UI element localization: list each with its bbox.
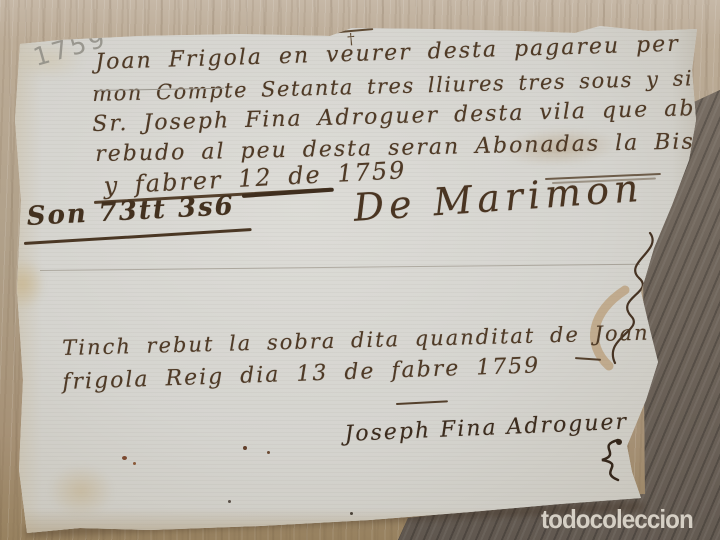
ink-speck bbox=[122, 456, 127, 460]
ink-blot bbox=[616, 439, 622, 445]
ink-speck bbox=[228, 500, 231, 503]
ink-speck bbox=[243, 446, 247, 450]
fold-crease-line bbox=[40, 264, 640, 271]
paper-sheet: 1759 † Joan Frigola en veurer desta paga… bbox=[0, 0, 720, 540]
underline-amount bbox=[24, 228, 252, 245]
receiver-rubric-flourish bbox=[588, 436, 634, 488]
edge-stain bbox=[48, 464, 114, 518]
rubric-squiggle-stroke bbox=[602, 440, 618, 480]
underline-receipt-year bbox=[396, 400, 448, 405]
amount-line: Son 73tt 3s6 bbox=[26, 191, 235, 232]
receipt-line-1: Tinch rebut la sobra dita quanditat de J… bbox=[62, 321, 650, 360]
receipt-line-2: frigola Reig dia 13 de fabre 1759 bbox=[62, 353, 541, 395]
ink-speck bbox=[267, 451, 270, 454]
receiver-signature: Joseph Fina Adroguer bbox=[344, 410, 629, 447]
watermark-text: todocoleccion bbox=[541, 504, 693, 535]
photo-of-document: 1759 † Joan Frigola en veurer desta paga… bbox=[0, 0, 720, 540]
ink-speck bbox=[133, 462, 136, 465]
ink-speck bbox=[350, 512, 353, 515]
